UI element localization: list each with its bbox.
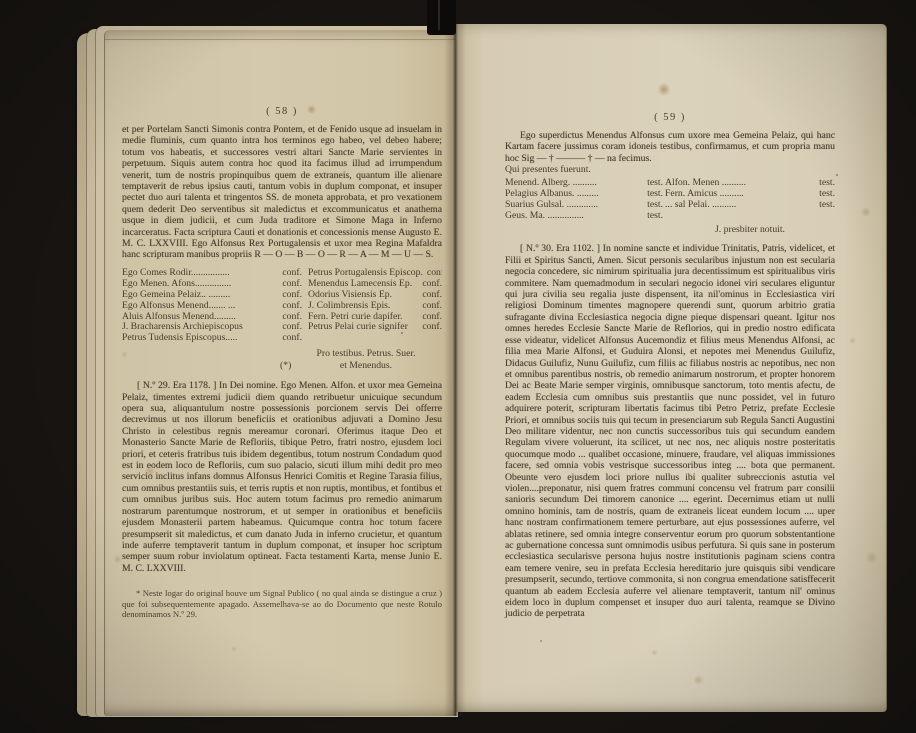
confirmation-table: Ego Comes Rodir................ conf. Eg… [122,268,442,344]
signatory-name: Ego Alfonsus Menend....... ... [122,301,235,312]
confirmation-row: Ego Comes Rodir................ conf. [122,268,302,279]
confirmation-row: Petrus Tudensis Episcopus..... conf. [122,333,302,344]
signatory-name: Aluis Alfonsus Menend......... [122,312,236,323]
confirmation-row: J. Colimbrensis Epis. conf. [308,301,442,312]
qui-presentes-line: Qui presentes fuerunt. [505,164,835,175]
witness-name: Alfon. Menen .......... [665,177,746,188]
confirmation-mark: conf. [278,290,302,301]
signatory-name: J. Bracharensis Archiepiscopus [122,322,243,333]
signatory-name: Fern. Petri curie dapifer. [308,312,402,323]
signatory-name: Odorius Visiensis Ep. [308,290,392,301]
witness-mark: test. [643,188,663,199]
notary-note: J. presbiter notuit. [665,224,835,235]
witness-row: Menend. Alberg. .......... test. [505,177,663,188]
confirmation-row: Odorius Visiensis Ep. conf. [308,290,442,301]
confirmation-mark: conf. [418,301,442,312]
signatory-name: Petrus Portugalensis Episcop. [308,268,423,279]
signatory-name: Ego Comes Rodir................ [122,268,230,279]
witness-row: Suarius Gulsal. ............. test. [505,199,663,210]
right-page: ( 59 ) Ego superdictus Menendus Alfonsus… [455,24,887,712]
witness-row: Geus. Ma. ............... test. [505,210,663,221]
confirmation-row: Ego Alfonsus Menend....... ... conf. [122,301,302,312]
confirmation-row: Ego Gemeina Pelaiz.. ......... conf. [122,290,302,301]
witness-column-right: Alfon. Menen .......... test. Fern. Amic… [665,177,835,222]
signatory-name: J. Colimbrensis Epis. [308,301,390,312]
witness-row: Pelagius Albanus. ......... test. [505,188,663,199]
confirmation-column-right: Petrus Portugalensis Episcop. conf. Mene… [308,268,442,344]
pro-testibus-note: (*) Pro testibus. Petrus. Suer. et Menen… [122,348,442,372]
witness-name: Pelagius Albanus. ......... [505,188,599,199]
confirmation-row: Petrus Pelai curie signifer conf. [308,322,442,333]
pro-testibus-line: et Menendus. [290,360,442,372]
witness-table: Menend. Alberg. .......... test. Pelagiu… [505,177,835,222]
right-page-content: ( 59 ) Ego superdictus Menendus Alfonsus… [505,112,835,620]
confirmation-mark: conf. [278,333,302,344]
witness-name: Fern. Amicus .......... [665,188,744,199]
witness-name: Suarius Gulsal. ............. [505,199,598,210]
confirmation-row: Ego Menen. Afons............... conf. [122,279,302,290]
charter-28-continuation-text: et per Portelam Sancti Simonis contra Po… [122,124,442,261]
footnote-marker: (*) [280,360,291,372]
witness-name: Menend. Alberg. .......... [505,177,597,188]
spine-binding [427,0,456,35]
confirmation-row: Menendus Lamecensis Ep. conf. [308,279,442,290]
witness-row: ... sal Pelai. .......... test. [665,199,835,210]
signatory-name: Ego Menen. Afons............... [122,279,231,290]
confirmation-row: Petrus Portugalensis Episcop. conf. [308,268,442,279]
confirmation-row: Aluis Alfonsus Menend......... conf. [122,312,302,323]
witness-column-left: Menend. Alberg. .......... test. Pelagiu… [505,177,663,222]
book-scan: ( 58 ) et per Portelam Sancti Simonis co… [0,0,916,733]
confirmation-row: Fern. Petri curie dapifer. conf. [308,312,442,323]
confirmation-mark: conf. [278,322,302,333]
confirmation-mark: conf. [278,312,302,323]
confirmation-mark: conf. [418,279,442,290]
witness-name: Geus. Ma. ............... [505,210,584,221]
confirmation-mark: conf. [278,301,302,312]
signatory-name: Ego Gemeina Pelaiz.. ......... [122,290,230,301]
witness-mark: test. [815,199,835,210]
confirmation-mark: conf. [418,312,442,323]
witness-name: ... sal Pelai. .......... [665,199,736,210]
confirmation-mark: conf. [278,279,302,290]
page-number: ( 58 ) [122,106,442,117]
witness-mark: test. [643,210,663,221]
footnote-text: * Neste logar do original houve um Signa… [122,588,442,620]
witness-row: Alfon. Menen .......... test. [665,177,835,188]
signatory-name: Menendus Lamecensis Ep. [308,279,412,290]
confirmation-mark: conf. [418,322,442,333]
witness-mark: test. [643,199,663,210]
confirmation-mark: conf. [278,268,302,279]
confirmation-column-left: Ego Comes Rodir................ conf. Eg… [122,268,302,344]
left-page: ( 58 ) et per Portelam Sancti Simonis co… [104,30,456,716]
confirmation-row: J. Bracharensis Archiepiscopus conf. [122,322,302,333]
witness-row: Fern. Amicus .......... test. [665,188,835,199]
confirmation-mark: conf. [423,268,442,279]
signatory-name: Petrus Tudensis Episcopus..... [122,333,237,344]
charter-29-text: [ N.º 29. Era 1178. ] In Dei nomine. Ego… [122,380,442,574]
pro-testibus-line: Pro testibus. Petrus. Suer. [290,348,442,360]
witness-mark: test. [815,188,835,199]
charter-28-confirmation-text: Ego superdictus Menendus Alfonsus cum ux… [505,130,835,164]
left-page-content: ( 58 ) et per Portelam Sancti Simonis co… [122,106,442,629]
signatory-name: Petrus Pelai curie signifer [308,322,408,333]
charter-30-text: [ N.º 30. Era 1102. ] In nomine sancte e… [505,243,835,619]
confirmation-mark: conf. [418,290,442,301]
witness-mark: test. [643,177,663,188]
witness-mark: test. [815,177,835,188]
page-number: ( 59 ) [505,112,835,123]
